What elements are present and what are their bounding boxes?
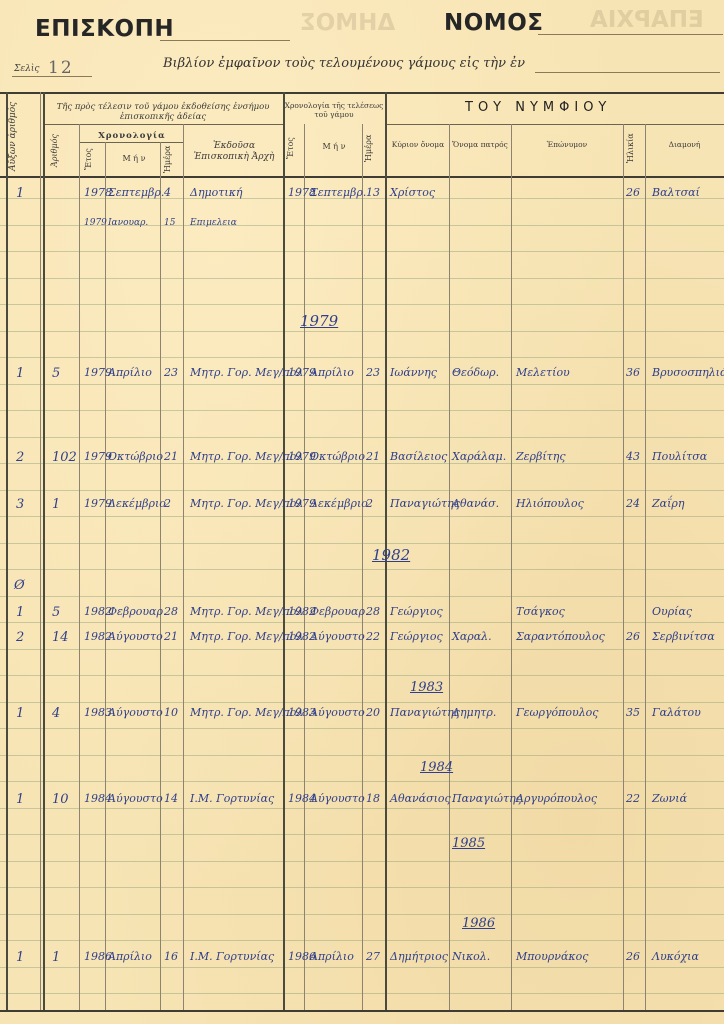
entry-wed-month: Απρίλιο [310,366,354,379]
header-issuing-authority: Ἐκδοῦσα Ἐπισκοπικὴ Ἀρχὴ [185,141,283,163]
entry-first-name: Παναγιώτης [390,497,460,510]
entry-serial: 1 [16,706,24,721]
entry-license-no: 1 [52,950,60,965]
header-license-number: Ἀριθμός [50,130,66,172]
entry-lic-month-secondary: Ιανουαρ. [108,218,148,228]
entry-first-name: Παναγιώτης [390,706,460,719]
entry-wed-day: 13 [366,186,380,199]
entry-surname: Γεωργόπουλος [516,706,598,719]
entry-authority: Μητρ. Γορ. Μεγ/πολ [190,366,303,379]
entry-first-name: Γεώργιος [390,605,443,618]
prefecture-underline [538,34,723,35]
header-license-month: Μ ή ν [108,154,160,164]
entry-wed-day: 22 [366,630,380,643]
entry-lic-month: Απρίλιο [108,950,152,963]
header-license-year: Ἔτος [84,145,100,173]
entry-lic-day: 16 [164,950,178,963]
entry-age: 24 [626,497,640,510]
table-row-rule [0,1010,724,1012]
header-license-day: Ἡμέρα [163,145,179,173]
entry-father: Χαραλ. [452,630,492,643]
entry-lic-day: 21 [164,630,178,643]
entry-lic-month: Οκτώβριο [108,450,163,463]
table-column-rule [79,124,80,1010]
page-label: Σελὶς [14,64,39,74]
entry-surname: Μπουρνάκος [516,950,588,963]
entry-surname: Μελετίου [516,366,570,379]
header-wedding-year: Ἔτος [286,128,302,168]
entry-surname: Ηλιόπουλος [516,497,584,510]
entry-surname: Αργυρόπουλος [516,792,597,805]
entry-wed-day: 18 [366,792,380,805]
entry-license-no: 5 [52,605,60,620]
table-column-rule [304,124,305,1010]
entry-wed-month: Αύγουστο [310,630,365,643]
diocese-underline [160,40,290,41]
entry-license-no: 102 [52,450,77,465]
table-column-rule [40,92,41,1010]
entry-lic-day-secondary: 15 [164,218,175,228]
margin-annotation: Ø [14,578,25,593]
register-subtitle: Βιβλίον ἐμφαῖνον τοὺς τελουμένους γάμους… [163,56,525,71]
table-row-rule [385,124,724,125]
entry-residence: Ζωνιά [652,792,687,805]
header-groom-father-name: Ὄνομα πατρός [449,140,511,149]
year-section-marker: 1986 [462,916,495,931]
entry-authority: Δημοτική [190,186,243,199]
entry-lic-year-secondary: 1979 [84,218,107,228]
entry-lic-day: 21 [164,450,178,463]
entry-serial: 3 [16,497,24,512]
entry-father: Αθανάσ. [452,497,499,510]
entry-license-no: 4 [52,706,60,721]
entry-lic-month: Αύγουστο [108,792,163,805]
entry-wed-month: Αύγουστο [310,706,365,719]
header-serial-number: Αὔξων ἀριθμός [8,100,32,172]
ghost-title-municipality: ΔΗΜΟΣ [300,10,395,36]
entry-license-no: 1 [52,497,60,512]
entry-first-name: Βασίλειος [390,450,447,463]
entry-residence: Λυκόχια [652,950,699,963]
entry-serial: 1 [16,792,24,807]
table-row-rule [0,92,724,94]
entry-residence: Πουλίτσα [652,450,707,463]
entry-age: 26 [626,630,640,643]
entry-father: Νικολ. [452,950,490,963]
entry-lic-month: Απρίλιο [108,366,152,379]
entry-serial: 1 [16,950,24,965]
year-section-marker: 1985 [452,836,485,851]
entry-authority: Μητρ. Γορ. Μεγ/πολ [190,450,303,463]
header-license-group: Τῆς πρὸς τέλεσιν τοῦ γάμου ἐκδοθείσης ἐν… [46,102,280,122]
entry-wed-day: 21 [366,450,380,463]
entry-authority-secondary: Επιμελεια [190,218,237,228]
header-groom-group: ΤΟΥ ΝΥΜΦΙΟΥ [465,100,611,115]
entry-serial: 2 [16,450,24,465]
entry-lic-day: 23 [164,366,178,379]
year-section-marker: 1983 [410,680,443,695]
entry-age: 36 [626,366,640,379]
entry-age: 26 [626,950,640,963]
entry-wed-day: 23 [366,366,380,379]
entry-authority: Μητρ. Γορ. Μεγ/πολ [190,605,303,618]
page-underline [12,76,92,77]
table-column-rule [43,92,45,1010]
entry-authority: Ι.Μ. Γορτυνίας [190,792,274,805]
table-column-rule [283,92,285,1010]
entry-first-name: Αθανάσιος [390,792,451,805]
header-groom-first-name: Κύριον ὄνομα [387,140,449,149]
entry-age: 43 [626,450,640,463]
entry-age: 26 [626,186,640,199]
year-section-marker: 1982 [372,546,410,564]
entry-age: 22 [626,792,640,805]
entry-lic-month: Φεβρουαρ. [108,605,166,618]
table-row-rule [80,142,183,143]
entry-wed-month: Οκτώβριο [310,450,365,463]
entry-lic-month: Αύγουστο [108,630,163,643]
entry-first-name: Γεώργιος [390,630,443,643]
entry-wed-month: Δεκέμβριο [310,497,368,510]
entry-authority: Μητρ. Γορ. Μεγ/πολ [190,706,303,719]
entry-wed-day: 2 [366,497,373,510]
entry-license-no: 14 [52,630,69,645]
table-column-rule [183,124,184,1010]
prefecture-title: ΝΟΜΟΣ [444,10,543,36]
entry-residence: Γαλάτου [652,706,701,719]
entry-serial: 1 [16,366,24,381]
entry-first-name: Χρίστος [390,186,435,199]
entry-wed-month: Αύγουστο [310,792,365,805]
header-groom-residence: Διαμονή [647,140,722,149]
entry-lic-month: Αύγουστο [108,706,163,719]
table-column-rule [6,92,8,1010]
ghost-title-province: ΕΠΑΡΧΙΑ [590,7,704,33]
entry-lic-day: 14 [164,792,178,805]
header-license-chronology: Χρονολογία [80,131,184,141]
entry-father: Δημητρ. [452,706,496,719]
entry-license-no: 10 [52,792,69,807]
entry-wed-day: 27 [366,950,380,963]
entry-residence: Βρυσοσπηλιάς Σερανά [652,366,724,379]
header-wedding-day: Ἡμέρα [364,128,380,168]
year-section-marker: 1984 [420,760,453,775]
header-wedding-month: Μ ή ν [308,142,360,152]
entry-wed-month: Απρίλιο [310,950,354,963]
entry-first-name: Δημήτριος [390,950,448,963]
entry-authority: Ι.Μ. Γορτυνίας [190,950,274,963]
entry-wed-day: 20 [366,706,380,719]
entry-father: Χαράλαμ. [452,450,506,463]
entry-residence: Σερβινίτσα [652,630,715,643]
diocese-title: ΕΠΙΣΚΟΠΗ [35,16,174,42]
entry-surname: Ζερβίτης [516,450,566,463]
entry-serial: 1 [16,186,24,201]
entry-license-no: 5 [52,366,60,381]
header-wedding-chronology: Χρονολογία τῆς τελέσεως τοῦ γάμου [283,101,385,119]
table-column-rule [645,124,646,1010]
entry-serial: 1 [16,605,24,620]
entry-first-name: Ιωάννης [390,366,437,379]
entry-lic-day: 4 [164,186,171,199]
entry-wed-month: Φεβρουαρ. [310,605,368,618]
header-groom-surname: Ἐπώνυμον [511,140,623,149]
entry-surname: Τσάγκος [516,605,565,618]
table-column-rule [511,124,512,1010]
entry-lic-day: 28 [164,605,178,618]
entry-lic-day: 10 [164,706,178,719]
entry-father: Θεόδωρ. [452,366,499,379]
table-column-rule [160,142,161,1010]
year-section-marker: 1979 [300,312,338,330]
entry-authority: Μητρ. Γορ. Μεγ/πολ [190,630,303,643]
entry-wed-day: 28 [366,605,380,618]
page-number: 12 [48,58,74,78]
table-column-rule [449,124,450,1010]
header-groom-age: Ἡλικία [626,128,642,168]
table-column-rule [623,124,624,1010]
entry-authority: Μητρ. Γορ. Μεγ/πολ [190,497,303,510]
entry-residence: Βαλτσαί [652,186,700,199]
entry-lic-month: Σεπτεμβρ. [108,186,164,199]
entry-residence: Ουρίας [652,605,692,618]
entry-serial: 2 [16,630,24,645]
subtitle-underline [535,72,720,73]
entry-residence: Ζαΐρη [652,497,684,510]
entry-age: 35 [626,706,640,719]
entry-surname: Σαραντόπουλος [516,630,605,643]
table-column-rule [362,124,363,1010]
entry-lic-month: Δεκέμβριο [108,497,166,510]
entry-wed-month: Σεπτεμβρ. [310,186,366,199]
table-column-rule [105,142,106,1010]
entry-father: Παναγιώτης [452,792,522,805]
entry-lic-day: 2 [164,497,171,510]
